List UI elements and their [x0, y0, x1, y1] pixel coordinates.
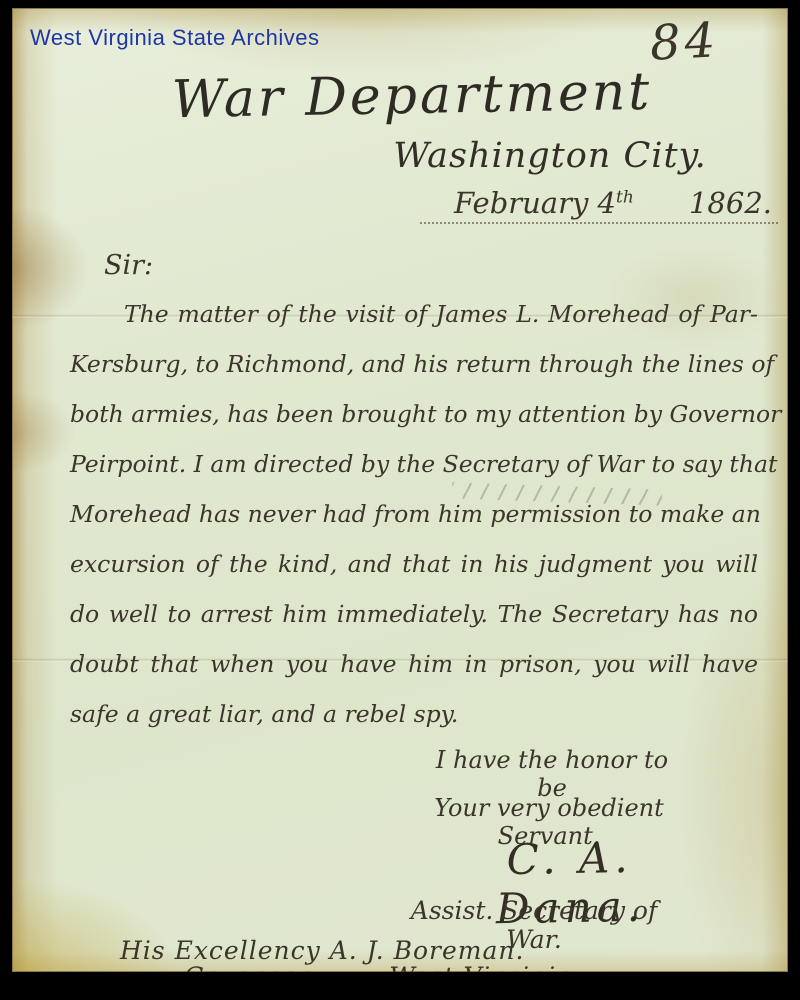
recipient-state: West Virginia — [389, 962, 572, 972]
letterhead-organization: War Department — [152, 61, 673, 130]
body-line: both armies, has been brought to my atte… — [70, 400, 758, 450]
date-ordinal-suffix: th — [616, 187, 634, 207]
archive-watermark-label: West Virginia State Archives — [30, 25, 320, 51]
date-line: February 4th 1862. — [420, 186, 778, 224]
body-line: The matter of the visit of James L. More… — [70, 300, 758, 350]
body-line: Morehead has never had from him permissi… — [70, 500, 758, 550]
body-line: safe a great liar, and a rebel spy. — [70, 700, 758, 750]
recipient-name: His Excellency A. J. Boreman. — [120, 936, 524, 965]
letter-paper: West Virginia State Archives 84 War Depa… — [12, 8, 788, 972]
letterhead-city: Washington City. — [390, 136, 710, 176]
date-month-day: February 4th — [454, 186, 634, 220]
recipient-title: Governor. — [184, 962, 317, 972]
body-line: do well to arrest him immediately. The S… — [70, 600, 758, 650]
recipient-title-line: Governor. West Virginia — [184, 962, 572, 972]
scanned-letter-page: { "archive_label": "West Virginia State … — [0, 0, 800, 1000]
body-line: doubt that when you have him in prison, … — [70, 650, 758, 700]
body-line: excursion of the kind, and that in his j… — [70, 550, 758, 600]
body-line: Kersburg, to Richmond, and his return th… — [70, 350, 758, 400]
date-year: 1862. — [689, 186, 772, 220]
salutation: Sir: — [104, 250, 153, 281]
letter-body: The matter of the visit of James L. More… — [70, 300, 758, 750]
